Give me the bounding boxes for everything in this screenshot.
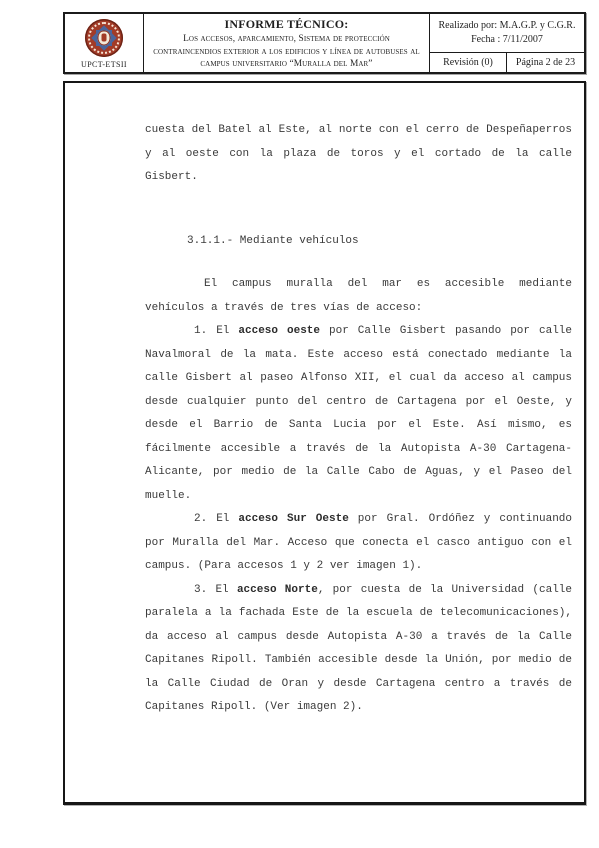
report-header-table: UPCT-ETSII INFORME TÉCNICO: Los accesos,… xyxy=(63,12,586,74)
report-title: INFORME TÉCNICO: xyxy=(153,17,420,32)
document-body-frame: cuesta del Batel al Este, al norte con e… xyxy=(63,81,586,805)
revision-cell: Revisión (0) xyxy=(430,53,507,72)
text-run: 2. El xyxy=(194,513,238,525)
section-heading: 3.1.1.- Mediante vehículos xyxy=(187,230,572,254)
text-run: El campus muralla del mar es accesible m… xyxy=(145,278,572,314)
document-page: UPCT-ETSII INFORME TÉCNICO: Los accesos,… xyxy=(0,0,599,848)
realizado-por-text: Realizado por: M.A.G.P. y C.G.R. xyxy=(439,19,576,33)
meta-top-cell: Realizado por: M.A.G.P. y C.G.R. Fecha :… xyxy=(430,14,584,53)
text-run: por Calle Gisbert pasando por calle Nava… xyxy=(145,325,572,502)
logo-cell: UPCT-ETSII xyxy=(65,14,144,72)
seal-center-shield xyxy=(98,31,111,46)
report-subtitle: Los accesos, aparcamiento, Sistema de pr… xyxy=(153,33,420,71)
text-run: 3.1.1.- Mediante vehículos xyxy=(187,235,359,247)
document-body-text: cuesta del Batel al Este, al norte con e… xyxy=(65,83,584,720)
meta-cell: Realizado por: M.A.G.P. y C.G.R. Fecha :… xyxy=(430,14,584,72)
bold-text-run: acceso Sur Oeste xyxy=(238,513,348,525)
text-run: 1. El xyxy=(194,325,238,337)
logo-caption: UPCT-ETSII xyxy=(81,60,127,69)
paragraph: cuesta del Batel al Este, al norte con e… xyxy=(145,119,572,190)
title-cell: INFORME TÉCNICO: Los accesos, aparcamien… xyxy=(144,14,430,72)
text-run: 3. El xyxy=(194,584,237,596)
meta-bottom-row: Revisión (0) Página 2 de 23 xyxy=(430,53,584,72)
paragraph: 2. El acceso Sur Oeste por Gral. Ordóñez… xyxy=(145,508,572,579)
bold-text-run: acceso Norte xyxy=(237,584,318,596)
text-run: , por cuesta de la Universidad (calle pa… xyxy=(145,584,572,714)
page-number-cell: Página 2 de 23 xyxy=(507,53,584,72)
paragraph: 1. El acceso oeste por Calle Gisbert pas… xyxy=(145,320,572,508)
paragraph: El campus muralla del mar es accesible m… xyxy=(145,273,572,320)
bold-text-run: acceso oeste xyxy=(238,325,320,337)
upct-seal-icon xyxy=(85,19,123,57)
text-run: cuesta del Batel al Este, al norte con e… xyxy=(145,124,572,183)
fecha-text: Fecha : 7/11/2007 xyxy=(471,33,543,47)
paragraph: 3. El acceso Norte, por cuesta de la Uni… xyxy=(145,579,572,720)
